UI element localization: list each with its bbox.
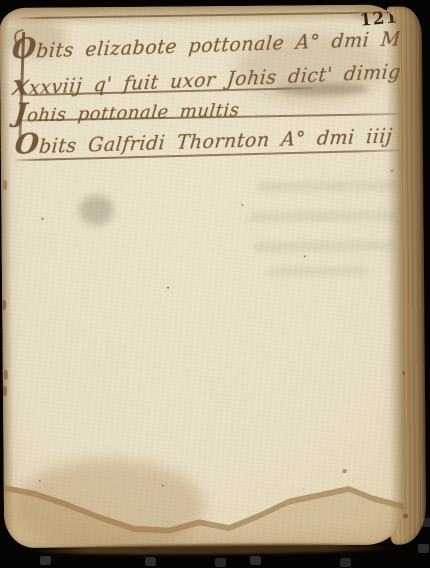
manuscript-page: Obits elizabote pottonale A° dmi M° ccc … bbox=[0, 0, 430, 568]
verso-showthrough-line bbox=[254, 241, 398, 252]
verso-showthrough-line bbox=[257, 181, 399, 192]
verso-showthrough-line bbox=[247, 211, 399, 222]
transparency-artifact bbox=[40, 556, 51, 565]
paper-specks bbox=[41, 218, 43, 220]
parchment-sheet: Obits elizabote pottonale A° dmi M° ccc … bbox=[0, 5, 404, 548]
photo-background: Obits elizabote pottonale A° dmi M° ccc … bbox=[0, 0, 430, 568]
verso-showthrough-line bbox=[268, 267, 368, 276]
stain-smudge-mid bbox=[79, 195, 113, 225]
gutter-spots bbox=[2, 300, 6, 310]
